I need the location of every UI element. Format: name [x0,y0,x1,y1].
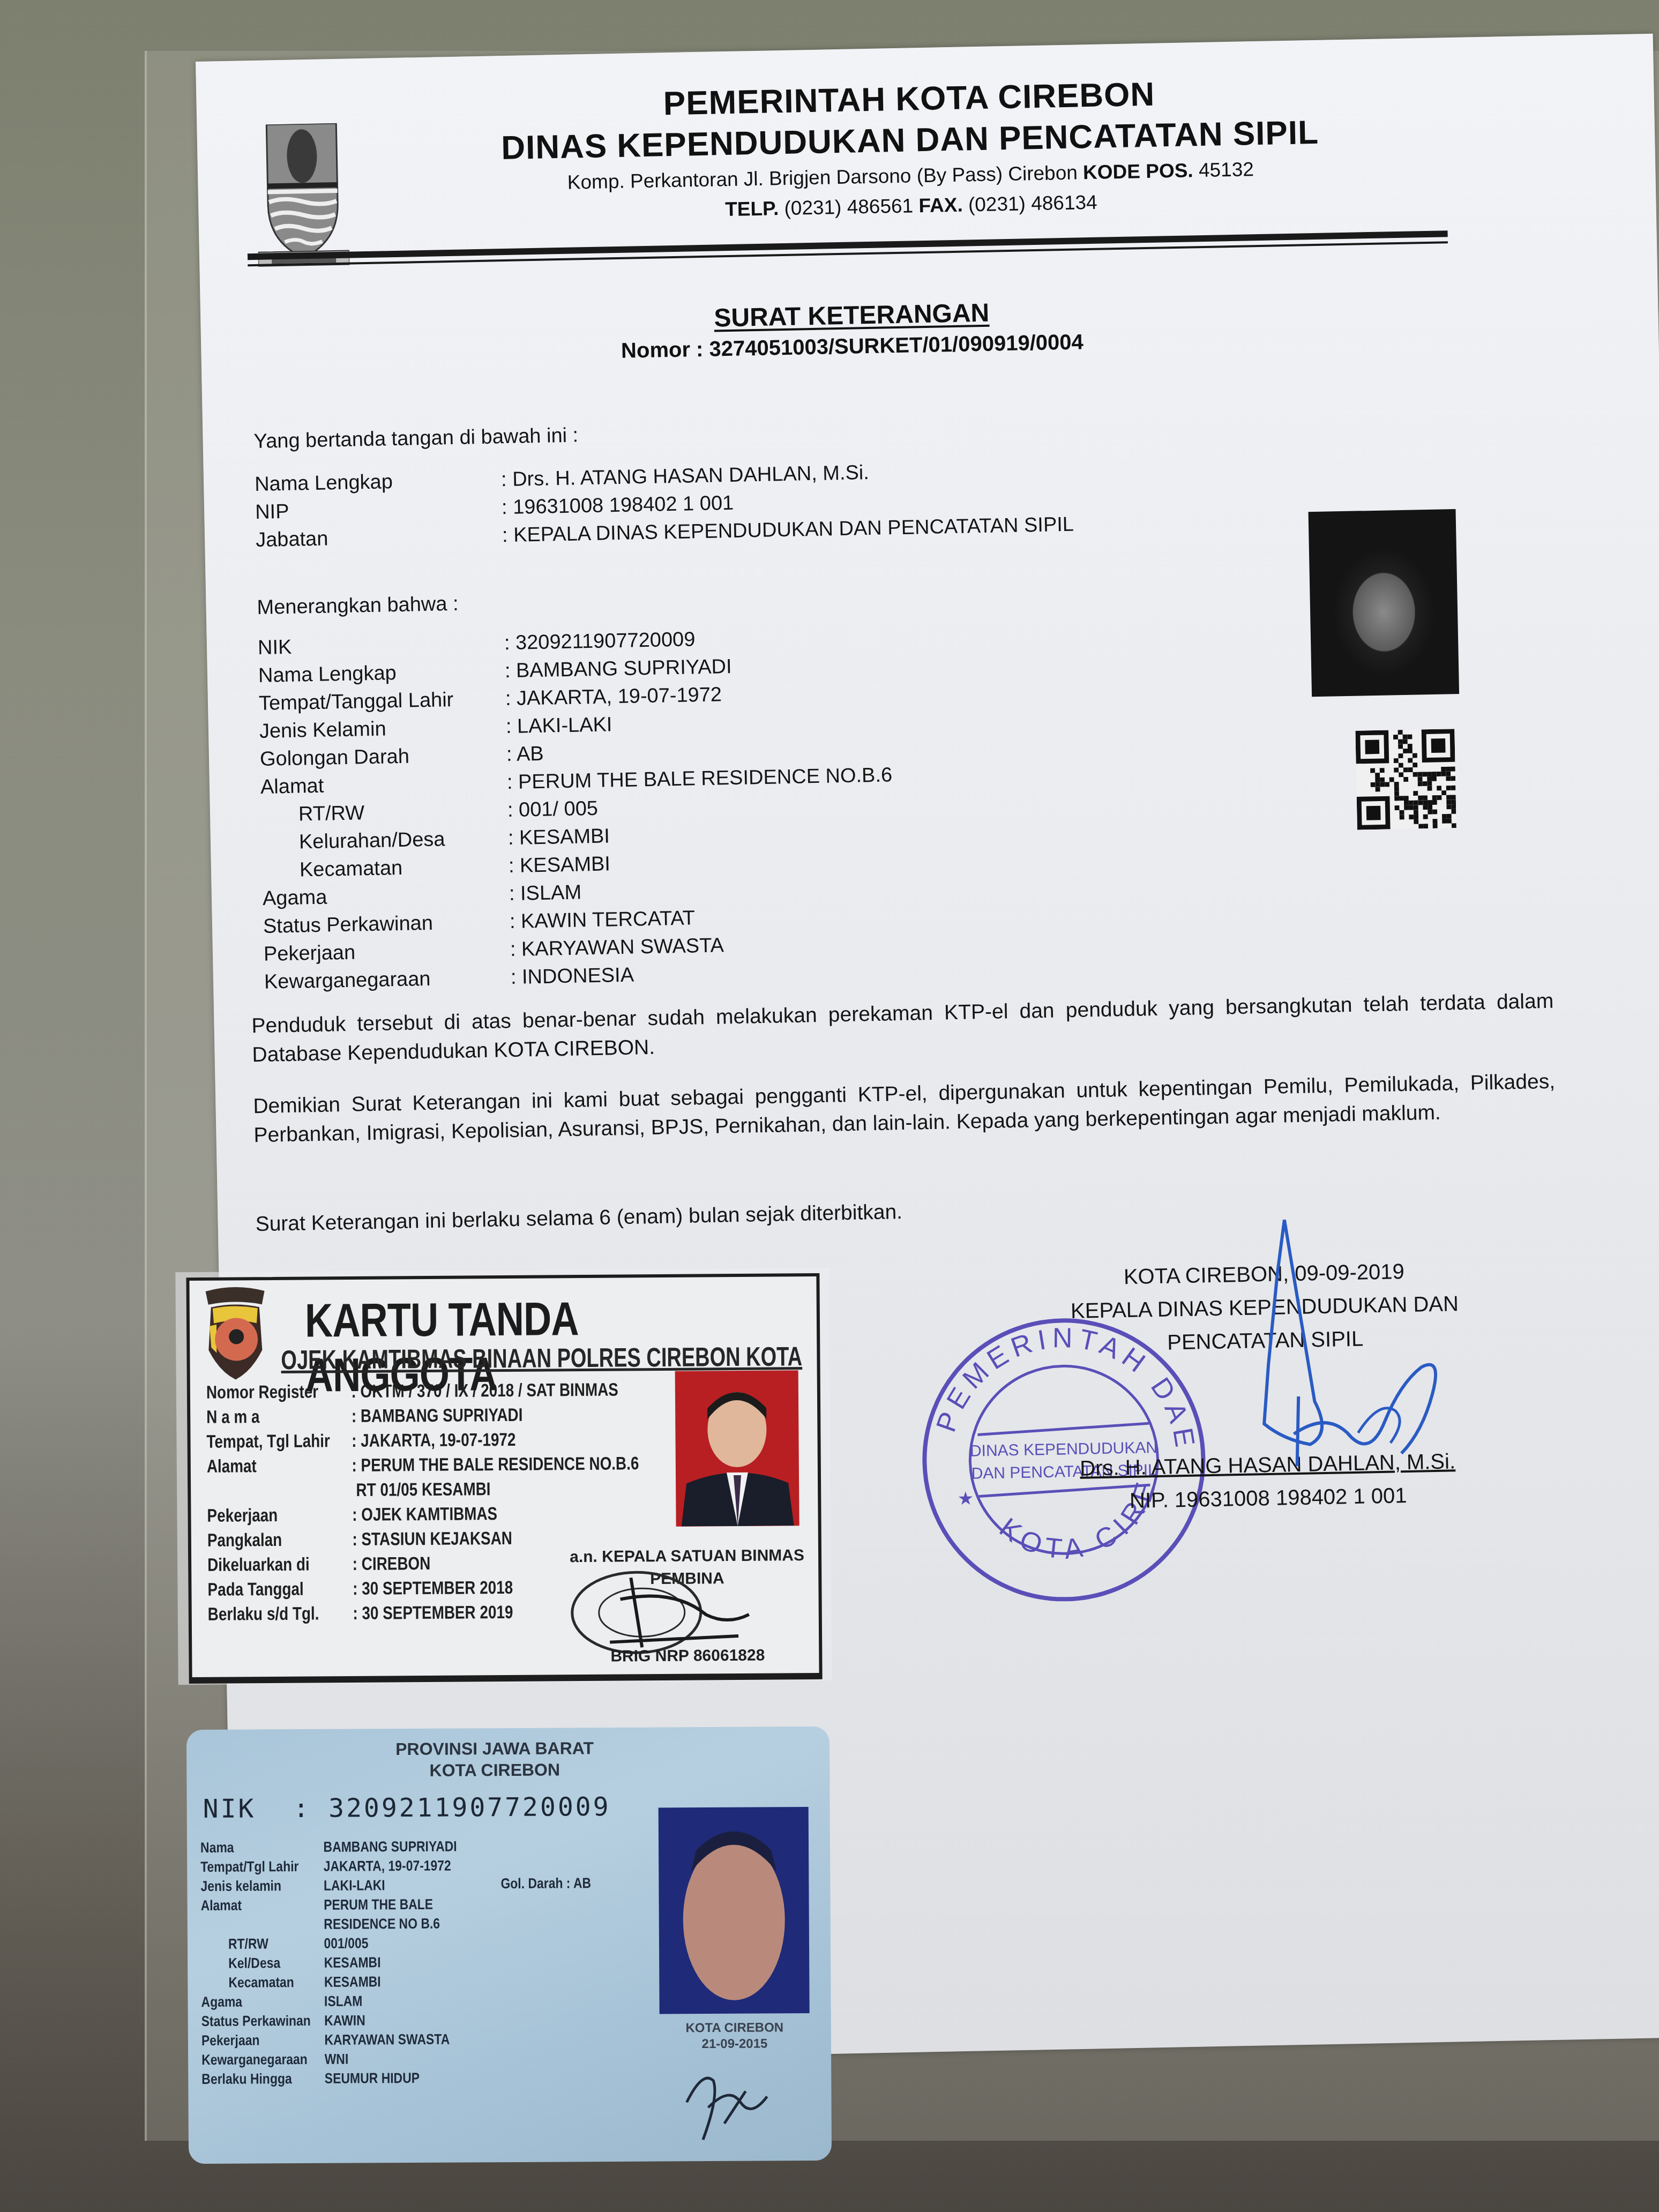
field-row: Pekerjaan: KARYAWAN SWASTA [264,934,724,966]
field-label: Tempat/Tgl Lahir [200,1858,324,1875]
field-value: KESAMBI [324,1974,381,1990]
qr-code-icon [1355,729,1456,830]
field-row: PekerjaanKARYAWAN SWASTA [201,2031,450,2049]
ktp-issue-city: KOTA CIREBON [649,2020,820,2036]
member-photo [675,1370,799,1527]
field-row: Pada Tanggal: 30 SEPTEMBER 2018 [207,1578,513,1601]
field-row: AgamaISLAM [201,1993,362,2011]
field-value: WNI [325,2051,349,2067]
field-value: : 3209211907720009 [504,628,696,655]
field-row: Golongan Darah: AB [260,743,544,771]
ktp-city: KOTA CIREBON [186,1759,803,1782]
field-row: AlamatPERUM THE BALE [201,1896,434,1914]
field-value: RESIDENCE NO B.6 [324,1916,440,1932]
field-value: : ISLAM [509,881,582,906]
field-label [201,1929,324,1930]
field-label: Berlaku Hingga [201,2071,325,2088]
field-row: Pangkalan: STASIUN KEJAKSAN [207,1528,512,1551]
field-value: : PERUM THE BALE RESIDENCE NO.B.6 [352,1453,639,1476]
paragraph-registration: Penduduk tersebut di atas benar-benar su… [251,987,1555,1070]
field-row: Tempat, Tgl Lahir: JAKARTA, 19-07-1972 [206,1430,515,1453]
city-coat-of-arms-icon [256,123,349,270]
field-label: Agama [263,883,510,910]
field-value: KESAMBI [324,1954,381,1971]
field-label: Dikeluarkan di [207,1554,353,1576]
field-label: NIK [258,632,505,660]
field-label: Nama Lengkap [258,660,505,687]
field-value: : PERUM THE BALE RESIDENCE NO.B.6 [507,764,893,794]
field-row: NIK: 3209211907720009 [258,628,696,660]
field-value: : KESAMBI [508,825,610,850]
field-row: Status Perkawinan: KAWIN TERCATAT [263,907,696,938]
field-label [207,1496,352,1497]
field-value: LAKI-LAKI [324,1877,385,1894]
field-row: Pekerjaan: OJEK KAMTIBMAS [207,1504,497,1527]
field-label: Agama [201,1993,324,2011]
field-label: Kecamatan [201,1974,324,1991]
field-row: Jenis Kelamin: LAKI-LAKI [259,713,612,743]
field-label: Kecamatan [262,855,509,883]
field-value: : KESAMBI [509,853,611,878]
field-label: Tempat/Tanggal Lahir [259,687,506,715]
field-value: : BAMBANG SUPRIYADI [505,655,732,683]
field-label: Jabatan [256,524,503,552]
field-label: Pada Tanggal [207,1579,353,1601]
field-row: KewarganegaraanWNI [201,2051,348,2068]
id-card-ktp: PROVINSI JAWA BARAT KOTA CIREBON NIK: 32… [186,1727,832,2164]
field-value: : JAKARTA, 19-07-1972 [505,683,722,711]
field-value: : JAKARTA, 19-07-1972 [352,1430,516,1451]
paragraph-purpose: Demikian Surat Keterangan ini kami buat … [253,1067,1556,1150]
field-row: Alamat: PERUM THE BALE RESIDENCE NO.B.6 [207,1453,639,1477]
ktp-photo [659,1807,810,2014]
field-label: Pekerjaan [264,938,511,966]
field-label: N a m a [206,1406,352,1428]
field-value: : KARYAWAN SWASTA [510,934,724,961]
field-label: Kewarganegaraan [201,2051,325,2068]
field-row: NIP: 19631008 198402 1 001 [255,492,734,524]
field-row: Status PerkawinanKAWIN [201,2012,365,2030]
field-label: Nomor Register [206,1381,352,1403]
field-label: Berlaku s/d Tgl. [208,1603,353,1625]
field-label: Alamat [260,771,507,799]
field-label: Jenis Kelamin [259,715,506,743]
field-value: : CIREBON [353,1553,431,1574]
membership-card: KARTU TANDA ANGGOTA OJEK KAMTIBMAS BINAA… [175,1268,832,1685]
field-label: Kelurahan/Desa [261,827,509,855]
field-value: 001/005 [324,1935,368,1951]
field-value: : AB [506,743,544,766]
police-shield-icon [198,1286,273,1382]
field-value: : 30 SEPTEMBER 2018 [353,1578,513,1599]
field-value: : OJEK KAMTIBMAS [352,1504,497,1525]
field-label: Nama Lengkap [255,468,502,496]
ktp-nik: NIK: 3209211907720009 [203,1792,611,1824]
field-value: BAMBANG SUPRIYADI [323,1839,457,1855]
signer-intro: Yang bertanda tangan di bawah ini : [253,424,578,453]
field-label: Alamat [201,1897,324,1914]
field-row: KecamatanKESAMBI [201,1974,380,1991]
field-value: JAKARTA, 19-07-1972 [324,1858,451,1874]
portrait-photo [1309,509,1460,697]
field-row: RESIDENCE NO B.6 [201,1916,440,1933]
field-row: Nomor Register: OKTM / 370 / IX / 2018 /… [206,1380,618,1403]
field-value: : KEPALA DINAS KEPENDUDUKAN DAN PENCATAT… [502,513,1074,547]
field-row: N a m a: BAMBANG SUPRIYADI [206,1405,522,1428]
field-row: Kel/DesaKESAMBI [201,1954,380,1972]
field-row: Tempat/Tgl LahirJAKARTA, 19-07-1972 [200,1858,451,1875]
field-value: SEUMUR HIDUP [325,2070,420,2087]
field-value: : LAKI-LAKI [506,713,612,738]
field-label: Status Perkawinan [201,2013,325,2030]
field-value: : INDONESIA [511,964,634,989]
field-row: Kecamatan: KESAMBI [262,853,611,882]
field-row: Berlaku HinggaSEUMUR HIDUP [201,2070,420,2088]
card-fields: Nomor Register: OKTM / 370 / IX / 2018 /… [189,1276,816,1281]
field-label: Golongan Darah [260,743,507,771]
field-row: NamaBAMBANG SUPRIYADI [200,1839,457,1857]
field-row: Berlaku s/d Tgl.: 30 SEPTEMBER 2019 [208,1602,513,1625]
field-label: Pekerjaan [201,2032,325,2049]
field-row: Nama Lengkap: BAMBANG SUPRIYADI [258,655,732,687]
ktp-province: PROVINSI JAWA BARAT [186,1737,803,1760]
field-label: Kewarganegaraan [264,966,511,994]
handwritten-signature-icon [1150,1205,1531,1501]
field-row: Kewarganegaraan: INDONESIA [264,964,634,994]
field-label: RT/RW [201,1935,324,1953]
field-row: Jenis kelaminLAKI-LAKI [200,1877,385,1895]
field-row: RT 01/05 KESAMBI [207,1479,491,1502]
field-value: ISLAM [324,1993,363,2009]
police-stamp-icon [566,1566,760,1659]
subject-fields: NIK: 3209211907720009Nama Lengkap: BAMBA… [196,34,1653,62]
field-label: Pekerjaan [207,1505,352,1527]
field-value: : 30 SEPTEMBER 2019 [353,1602,513,1624]
ktp-blood-type: Gol. Darah : AB [500,1875,591,1892]
field-value: RT 01/05 KESAMBI [352,1479,491,1500]
document-title-block: SURAT KETERANGAN Nomor : 3274051003/SURK… [200,288,1504,371]
field-value: : STASIUN KEJAKSAN [352,1528,512,1550]
field-row: Dikeluarkan di: CIREBON [207,1553,430,1576]
field-label: Kel/Desa [201,1955,324,1972]
field-label: Pangkalan [207,1529,353,1551]
field-value: KARYAWAN SWASTA [324,2031,450,2048]
field-label: Alamat [207,1455,352,1477]
letterhead: PEMERINTAH KOTA CIREBON DINAS KEPENDUDUK… [373,70,1447,227]
field-value: : 001/ 005 [507,797,599,822]
field-row: Tempat/Tanggal Lahir: JAKARTA, 19-07-197… [259,683,722,715]
field-row: Nama Lengkap: Drs. H. ATANG HASAN DAHLAN… [255,461,870,496]
officer-rank: BRIG NRP 86061828 [594,1646,781,1665]
field-row: RT/RW001/005 [201,1935,369,1953]
field-row: Kelurahan/Desa: KESAMBI [261,825,610,854]
field-label: Jenis kelamin [200,1878,324,1895]
field-value: KAWIN [324,2012,365,2028]
field-label: Nama [200,1839,324,1856]
field-value: : KAWIN TERCATAT [510,907,696,933]
field-row: RT/RW: 001/ 005 [261,797,599,827]
field-value: PERUM THE BALE [324,1896,433,1913]
field-label: Status Perkawinan [263,910,510,938]
ktp-signature-icon [660,2048,799,2145]
svg-text:★: ★ [957,1489,974,1509]
field-label: RT/RW [261,799,508,827]
field-label: Tempat, Tgl Lahir [206,1431,352,1453]
field-value: : OKTM / 370 / IX / 2018 / SAT BINMAS [351,1380,618,1402]
field-value: : Drs. H. ATANG HASAN DAHLAN, M.Si. [501,461,870,491]
field-value: : 19631008 198402 1 001 [502,492,734,519]
subject-intro: Menerangkan bahwa : [257,593,459,619]
field-label: NIP [255,496,502,524]
field-value: : BAMBANG SUPRIYADI [352,1405,523,1426]
field-row: Agama: ISLAM [263,881,582,910]
signer-fields: Nama Lengkap: Drs. H. ATANG HASAN DAHLAN… [196,34,1653,62]
